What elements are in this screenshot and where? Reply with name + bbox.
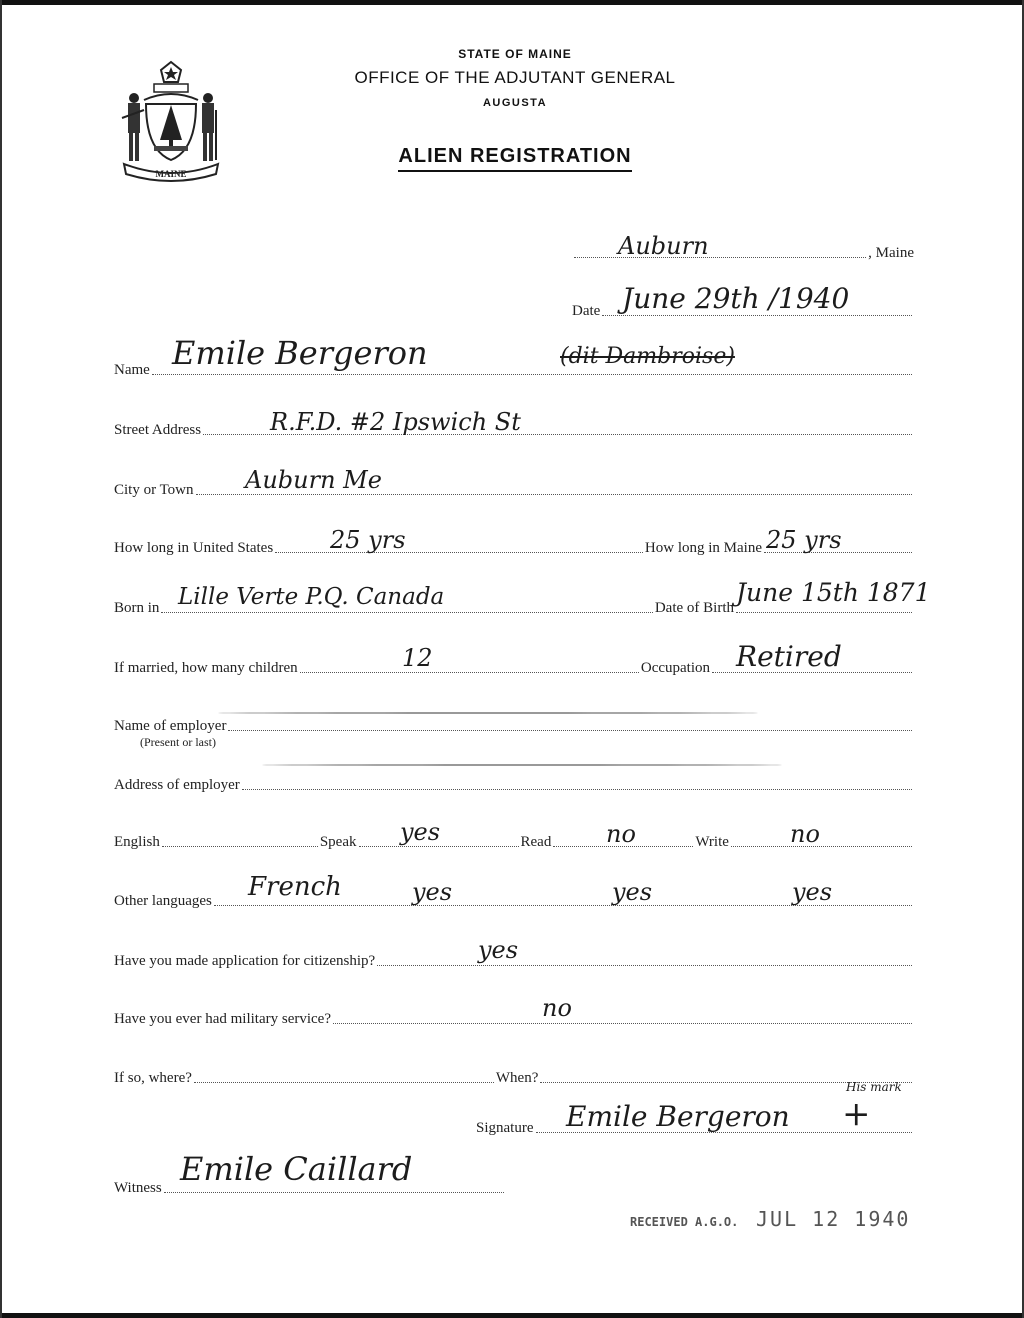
signature-mark: + bbox=[842, 1094, 871, 1134]
citizenship-label: Have you made application for citizenshi… bbox=[114, 953, 375, 970]
english-label: English bbox=[114, 834, 160, 851]
place-suffix: , Maine bbox=[868, 245, 914, 262]
name-value: Emile Bergeron bbox=[172, 334, 428, 372]
where-label: If so, where? bbox=[114, 1070, 192, 1087]
date-label: Date bbox=[572, 303, 600, 320]
date-value: June 29th /1940 bbox=[622, 282, 849, 315]
scan-border-left bbox=[0, 0, 2, 1318]
city-town-value: Auburn Me bbox=[245, 466, 382, 494]
place-value: Auburn bbox=[618, 232, 709, 260]
employer-name-field[interactable]: Name of employer bbox=[114, 718, 914, 735]
title-text: ALIEN REGISTRATION bbox=[398, 145, 631, 172]
english-speak-label: Speak bbox=[320, 834, 357, 851]
how-long-us-label: How long in United States bbox=[114, 540, 273, 557]
english-speak-value: yes bbox=[400, 818, 440, 846]
military-label: Have you ever had military service? bbox=[114, 1011, 331, 1028]
employer-name-label: Name of employer bbox=[114, 718, 226, 735]
date-of-birth-field[interactable] bbox=[736, 612, 912, 613]
other-language-write-value: yes bbox=[792, 878, 832, 906]
born-in-field[interactable] bbox=[161, 612, 652, 613]
city-town-label: City or Town bbox=[114, 482, 194, 499]
english-write-value: no bbox=[790, 820, 820, 848]
employer-address-dash bbox=[262, 764, 782, 766]
received-stamp: RECEIVED A.G.O. JUL 12 1940 bbox=[630, 1207, 910, 1231]
employer-name-dash bbox=[218, 712, 758, 714]
header-city: AUGUSTA bbox=[330, 97, 700, 109]
witness-label: Witness bbox=[114, 1180, 162, 1197]
date-of-birth-label: Date of Birth bbox=[655, 600, 734, 617]
witness-value: Emile Caillard bbox=[180, 1150, 412, 1188]
children-value: 12 bbox=[402, 644, 433, 672]
svg-text:MAINE: MAINE bbox=[156, 169, 187, 179]
military-field[interactable]: Have you ever had military service? bbox=[114, 1011, 914, 1028]
how-long-maine-value: 25 yrs bbox=[766, 526, 842, 554]
children-field[interactable] bbox=[300, 672, 639, 673]
other-language-speak-value: yes bbox=[412, 878, 452, 906]
english-write-field[interactable] bbox=[731, 846, 912, 847]
english-read-value: no bbox=[606, 820, 636, 848]
born-in-label: Born in bbox=[114, 600, 159, 617]
english-read-label: Read bbox=[521, 834, 552, 851]
other-language-read-value: yes bbox=[612, 878, 652, 906]
other-language-value: French bbox=[248, 872, 342, 902]
born-in-value: Lille Verte P.Q. Canada bbox=[178, 584, 444, 610]
where-when-row: If so, where? When? bbox=[114, 1070, 914, 1087]
name-label: Name bbox=[114, 362, 150, 379]
stamp-date: JUL 12 1940 bbox=[756, 1207, 910, 1231]
date-of-birth-value: June 15th 1871 bbox=[736, 578, 931, 607]
signature-label: Signature bbox=[476, 1120, 534, 1137]
scan-border-bottom bbox=[0, 1313, 1024, 1318]
other-languages-label: Other languages bbox=[114, 893, 212, 910]
signature-value: Emile Bergeron bbox=[566, 1100, 790, 1133]
citizenship-value: yes bbox=[478, 936, 518, 964]
military-value: no bbox=[542, 994, 572, 1022]
street-address-value: R.F.D. #2 Ipswich St bbox=[270, 408, 521, 436]
stamp-prefix: RECEIVED A.G.O. bbox=[630, 1215, 738, 1229]
page-title: ALIEN REGISTRATION bbox=[330, 145, 700, 168]
maine-state-seal-icon: MAINE bbox=[116, 60, 226, 185]
employer-name-sublabel: (Present or last) bbox=[140, 735, 216, 750]
how-long-us-value: 25 yrs bbox=[330, 526, 406, 554]
english-speak-field[interactable] bbox=[359, 846, 519, 847]
city-town-field[interactable]: City or Town bbox=[114, 482, 914, 499]
signature-mark-note: His mark bbox=[846, 1080, 902, 1094]
when-label: When? bbox=[496, 1070, 538, 1087]
how-long-maine-label: How long in Maine bbox=[645, 540, 762, 557]
children-label: If married, how many children bbox=[114, 660, 298, 677]
occupation-label: Occupation bbox=[641, 660, 710, 677]
street-address-label: Street Address bbox=[114, 422, 201, 439]
employer-address-label: Address of employer bbox=[114, 777, 240, 794]
where-field[interactable] bbox=[194, 1082, 494, 1083]
scan-border-top bbox=[0, 0, 1024, 5]
name-struck-value: (dit Dambroise) bbox=[560, 344, 735, 369]
employer-address-field[interactable]: Address of employer bbox=[114, 777, 914, 794]
english-write-label: Write bbox=[695, 834, 729, 851]
header-state: STATE OF MAINE bbox=[330, 47, 700, 61]
header-office: OFFICE OF THE ADJUTANT GENERAL bbox=[330, 68, 700, 88]
occupation-value: Retired bbox=[736, 640, 842, 673]
